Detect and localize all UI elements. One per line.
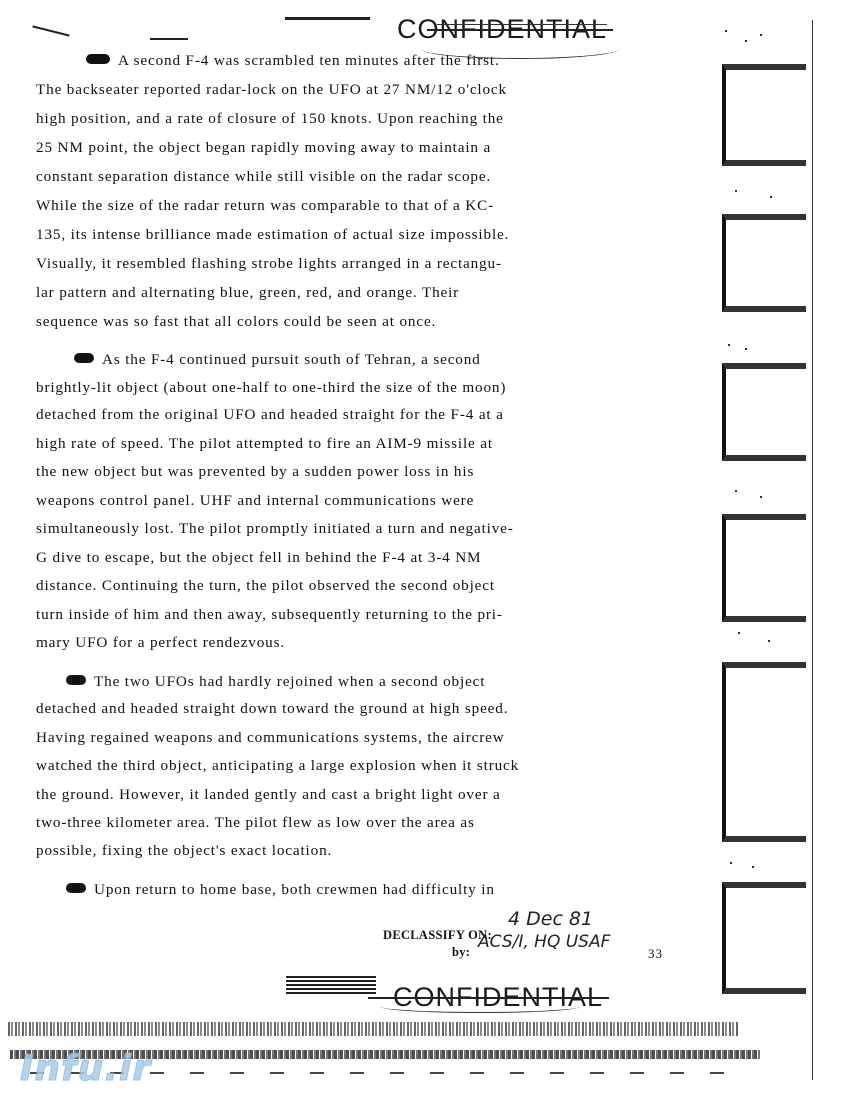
redaction-mark	[86, 54, 110, 64]
scan-noise	[8, 1022, 738, 1036]
declassify-date: 4 Dec 81	[508, 908, 593, 930]
stamp-scrawl	[380, 1000, 580, 1013]
film-frame	[722, 882, 806, 994]
watermark: Infu.ir	[20, 1048, 151, 1089]
redaction-mark	[66, 675, 86, 685]
film-frame	[722, 363, 806, 461]
scan-mark	[150, 38, 188, 40]
declassify-authority: ACS/I, HQ USAF	[478, 932, 610, 952]
film-frame	[722, 514, 806, 622]
redaction-mark	[66, 883, 86, 893]
scan-mark	[285, 17, 370, 20]
film-frame	[722, 662, 806, 842]
redaction-block	[286, 974, 376, 994]
strikethrough	[368, 997, 609, 999]
scan-edge	[812, 20, 813, 1080]
redaction-mark	[74, 353, 94, 363]
film-frame	[722, 64, 806, 166]
document-page: CONFIDENTIAL A second F-4 was scrambled …	[0, 0, 844, 1100]
strikethrough	[427, 29, 613, 31]
film-frame	[722, 214, 806, 312]
page-number: 33	[648, 946, 663, 962]
strikethrough	[437, 24, 607, 25]
scan-mark	[32, 25, 69, 36]
